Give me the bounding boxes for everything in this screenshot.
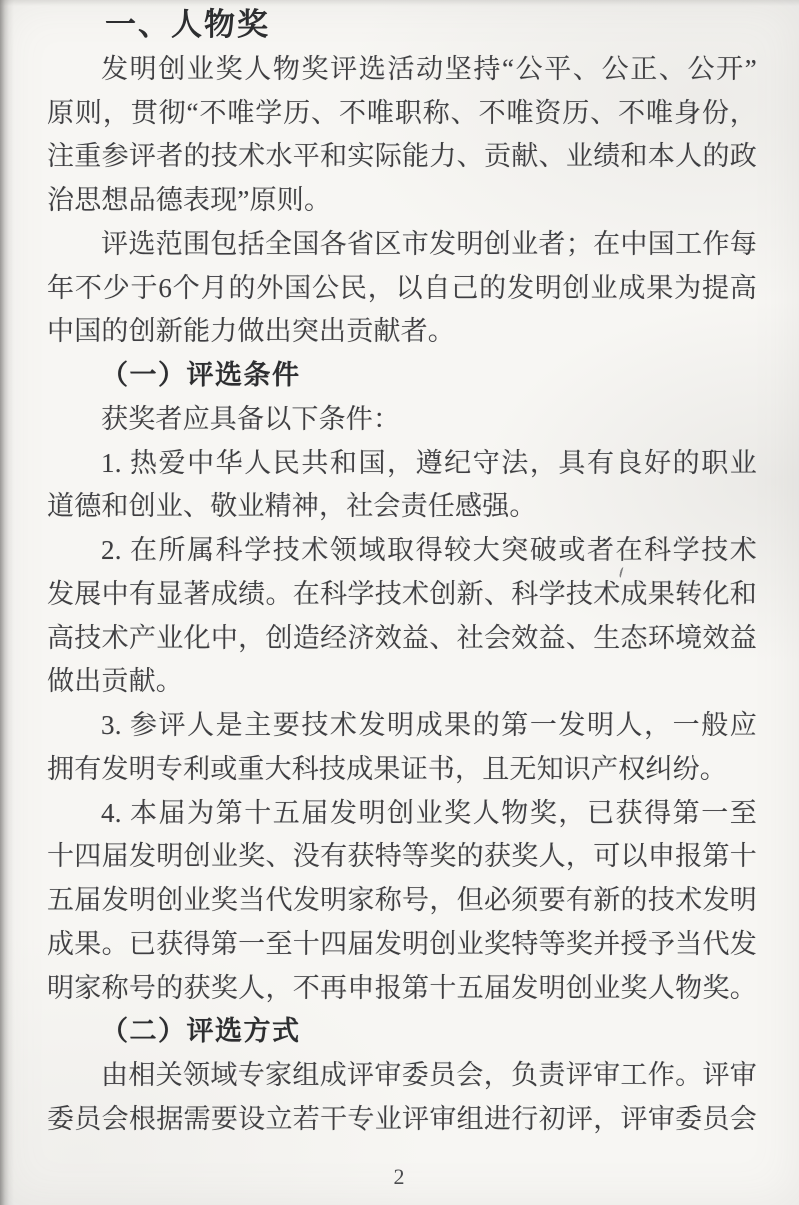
text-line: 治思想品德表现”原则。 xyxy=(47,179,757,223)
text-line: 2. 在所属科学技术领域取得较大突破或者在科学技术 xyxy=(47,529,757,573)
text-line: 道德和创业、敬业精神，社会责任感强。 xyxy=(47,485,757,529)
text-line: 获奖者应具备以下条件： xyxy=(47,398,757,442)
text-line: 发明创业奖人物奖评选活动坚持“公平、公正、公开” xyxy=(47,48,757,92)
subsection-heading: （二）评选方式 xyxy=(47,1010,757,1054)
text-line: 做出贡献。 xyxy=(47,660,757,704)
page-number: 2 xyxy=(0,1164,799,1190)
scanned-document-page: 一、人物奖 发明创业奖人物奖评选活动坚持“公平、公正、公开” 原则，贯彻“不唯学… xyxy=(0,0,799,1205)
text-line: 3. 参评人是主要技术发明成果的第一发明人，一般应 xyxy=(47,704,757,748)
text-line: 十四届发明创业奖、没有获特等奖的获奖人，可以申报第十 xyxy=(47,835,757,879)
text-line: 原则，贯彻“不唯学历、不唯职称、不唯资历、不唯身份， xyxy=(47,92,757,136)
text-line: 五届发明创业奖当代发明家称号，但必须要有新的技术发明 xyxy=(47,879,757,923)
text-line: 成果。已获得第一至十四届发明创业奖特等奖并授予当代发 xyxy=(47,923,757,967)
text-line: 高技术产业化中，创造经济效益、社会效益、生态环境效益 xyxy=(47,617,757,661)
subsection-heading: （一）评选条件 xyxy=(47,354,757,398)
scan-edge-shadow-left xyxy=(0,0,14,1205)
text-line: 明家称号的获奖人，不再申报第十五届发明创业奖人物奖。 xyxy=(47,967,757,1011)
text-line: 发展中有显著成绩。在科学技术创新、科学技术成果转化和 xyxy=(47,573,757,617)
text-line: 1. 热爱中华人民共和国，遵纪守法，具有良好的职业 xyxy=(47,442,757,486)
document-body: 一、人物奖 发明创业奖人物奖评选活动坚持“公平、公正、公开” 原则，贯彻“不唯学… xyxy=(47,4,757,1142)
text-line: 委员会根据需要设立若干专业评审组进行初评，评审委员会 xyxy=(47,1098,757,1142)
text-line: 拥有发明专利或重大科技成果证书，且无知识产权纠纷。 xyxy=(47,748,757,792)
text-line: 4. 本届为第十五届发明创业奖人物奖，已获得第一至 xyxy=(47,792,757,836)
section-heading: 一、人物奖 xyxy=(47,4,757,48)
text-line: 评选范围包括全国各省区市发明创业者；在中国工作每 xyxy=(47,223,757,267)
text-line: 年不少于6个月的外国公民，以自己的发明创业成果为提高 xyxy=(47,267,757,311)
text-line: 中国的创新能力做出突出贡献者。 xyxy=(47,310,757,354)
text-line: 由相关领域专家组成评审委员会，负责评审工作。评审 xyxy=(47,1054,757,1098)
text-line: 注重参评者的技术水平和实际能力、贡献、业绩和本人的政 xyxy=(47,135,757,179)
